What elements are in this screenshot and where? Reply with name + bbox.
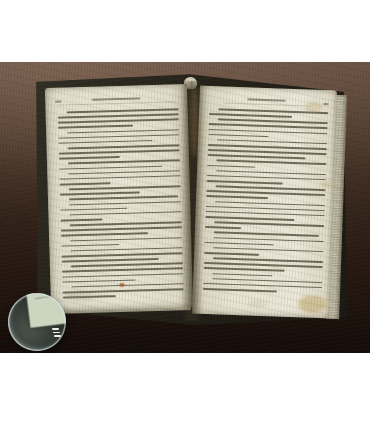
right-text-block bbox=[203, 108, 328, 297]
text-line bbox=[62, 258, 159, 262]
text-line bbox=[70, 237, 182, 242]
text-line bbox=[67, 129, 179, 134]
text-line bbox=[68, 170, 180, 175]
leather-background bbox=[0, 62, 370, 353]
text-line bbox=[70, 247, 182, 252]
text-line bbox=[61, 226, 182, 231]
text-line bbox=[209, 123, 328, 129]
text-line bbox=[208, 154, 306, 159]
photo-canvas: Photograph of an open antique book with … bbox=[0, 0, 370, 423]
text-line bbox=[62, 273, 183, 278]
text-line bbox=[216, 160, 326, 165]
right-running-header bbox=[248, 98, 286, 101]
text-line bbox=[214, 221, 324, 226]
text-line bbox=[61, 218, 103, 221]
text-line bbox=[214, 237, 324, 242]
text-line bbox=[208, 134, 268, 138]
text-line bbox=[59, 175, 180, 180]
text-line bbox=[214, 232, 319, 237]
text-line bbox=[62, 268, 183, 273]
text-line bbox=[69, 201, 181, 206]
text-line bbox=[212, 278, 322, 283]
text-line bbox=[70, 221, 182, 226]
text-line bbox=[69, 211, 181, 216]
text-line bbox=[59, 165, 162, 169]
loupe-rim-highlight-top bbox=[38, 296, 64, 323]
text-line bbox=[204, 267, 285, 271]
foxing-stain bbox=[248, 300, 266, 309]
text-line bbox=[204, 252, 259, 256]
text-line bbox=[213, 257, 323, 262]
text-line bbox=[58, 134, 179, 139]
text-line bbox=[59, 149, 180, 154]
right-page bbox=[192, 86, 337, 319]
text-line bbox=[69, 185, 181, 190]
text-line bbox=[62, 252, 183, 257]
text-line bbox=[59, 156, 120, 159]
left-page-number bbox=[55, 101, 61, 103]
text-line bbox=[205, 216, 294, 221]
text-line bbox=[208, 129, 327, 135]
text-line bbox=[205, 242, 274, 246]
left-page bbox=[45, 84, 193, 311]
magnifying-loupe bbox=[8, 293, 66, 351]
reflection-bar bbox=[52, 328, 59, 330]
text-line bbox=[217, 139, 327, 144]
left-text-block bbox=[58, 108, 184, 302]
text-line bbox=[67, 108, 179, 113]
text-line bbox=[216, 170, 326, 175]
text-line bbox=[218, 108, 328, 113]
right-header-rule bbox=[223, 103, 311, 107]
text-line bbox=[215, 185, 325, 190]
text-line bbox=[61, 233, 148, 237]
text-line bbox=[68, 144, 180, 149]
text-line bbox=[62, 279, 135, 283]
text-line bbox=[71, 262, 183, 267]
text-line bbox=[215, 201, 325, 206]
text-line bbox=[205, 226, 241, 229]
open-book bbox=[33, 73, 347, 325]
text-line bbox=[212, 273, 272, 277]
text-line bbox=[213, 247, 323, 252]
foxing-stain bbox=[305, 101, 322, 112]
right-page-number bbox=[323, 103, 328, 105]
text-line bbox=[61, 244, 119, 247]
text-line bbox=[203, 288, 277, 292]
text-line bbox=[218, 119, 328, 124]
text-line bbox=[63, 295, 116, 298]
left-running-header bbox=[92, 97, 140, 100]
text-line bbox=[63, 288, 184, 293]
text-line bbox=[58, 113, 179, 118]
text-line bbox=[69, 196, 178, 201]
text-line bbox=[58, 119, 179, 124]
text-line bbox=[58, 140, 152, 144]
text-line bbox=[207, 165, 255, 168]
left-header-rule bbox=[57, 101, 175, 105]
reflection-bar bbox=[54, 335, 61, 337]
text-line bbox=[207, 180, 283, 184]
gutter-stain bbox=[190, 87, 199, 157]
text-line bbox=[206, 195, 268, 199]
text-line bbox=[58, 125, 133, 129]
text-line bbox=[60, 192, 140, 196]
text-line bbox=[68, 160, 180, 165]
text-line bbox=[60, 182, 111, 185]
text-line bbox=[206, 206, 325, 212]
foxing-stain bbox=[298, 295, 327, 313]
text-line bbox=[209, 113, 292, 117]
text-line bbox=[60, 207, 127, 210]
text-line bbox=[71, 283, 183, 288]
